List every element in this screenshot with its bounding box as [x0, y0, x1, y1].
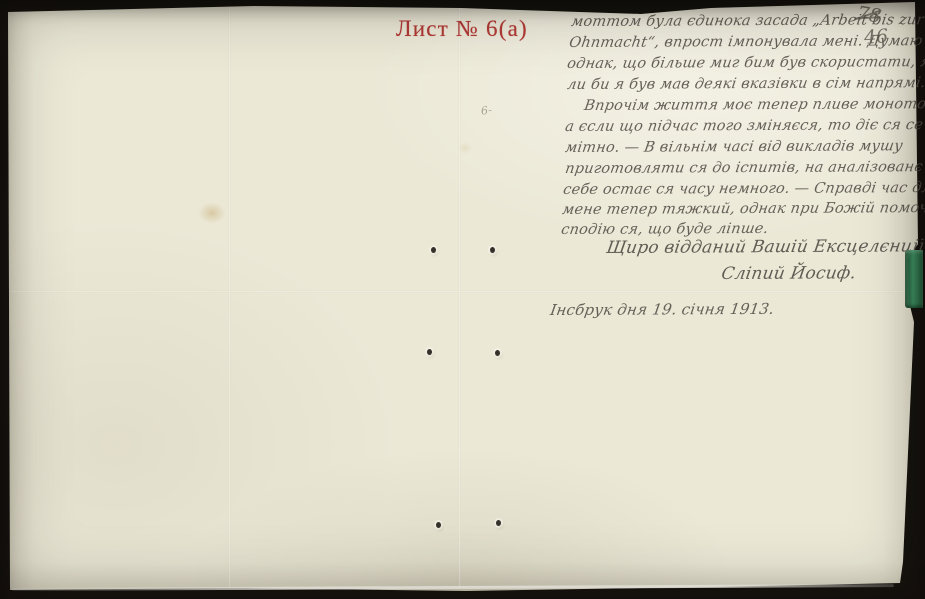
handwriting-line: а єсли що підчас того зміняєся, то діє с… [564, 117, 925, 135]
scanned-document-view: Лист № 6(а) 78 46 6- моттом була єдинока… [0, 0, 925, 599]
pencil-faint-mark: 6- [480, 103, 492, 117]
punch-hole [490, 247, 495, 253]
archive-stamp: Лист № 6(а) [396, 16, 528, 42]
vertical-fold-crease [458, 6, 461, 588]
handwriting-line: себе остає ся часу немного. — Справді ча… [562, 180, 925, 198]
punch-hole [427, 349, 432, 355]
handwriting-line: мітно. — В вільнім часі від викладів муш… [564, 138, 904, 156]
paper-stain [458, 142, 472, 154]
handwriting-line: Ohnmacht“, впрост імпонувала мені. Думаю [568, 33, 924, 51]
paper-stain [198, 202, 226, 224]
signature: Сліпий Йосиф. [720, 263, 858, 284]
handwriting-line: Впрочім життя моє тепер пливе монотонно, [583, 96, 925, 114]
green-binding-edge [905, 250, 923, 308]
handwriting-line: однак, що більше миг бим був скористати,… [566, 54, 925, 72]
vertical-fold-crease [228, 6, 231, 588]
closing-line: Щиро відданий Вашій Ексцелєнції [605, 236, 925, 258]
handwriting-line: моттом була єдинока засада „Arbeit bis z… [570, 12, 925, 30]
dateline: Інсбрук дня 19. січня 1913. [549, 300, 776, 319]
punch-hole [496, 520, 501, 526]
horizontal-fold-crease [10, 290, 905, 293]
handwriting-line: ли би я був мав деякі вказівки в сім нап… [566, 75, 925, 93]
punch-hole [436, 522, 441, 528]
punch-hole [495, 350, 500, 356]
handwriting-line: приготовляти ся до іспитів, на аналізова… [564, 159, 924, 177]
handwriting-line: мене тепер тяжкий, однак при Божій помоч… [561, 200, 925, 218]
punch-hole [431, 247, 436, 253]
handwriting-line: сподію ся, що буде ліпше. [560, 221, 770, 238]
